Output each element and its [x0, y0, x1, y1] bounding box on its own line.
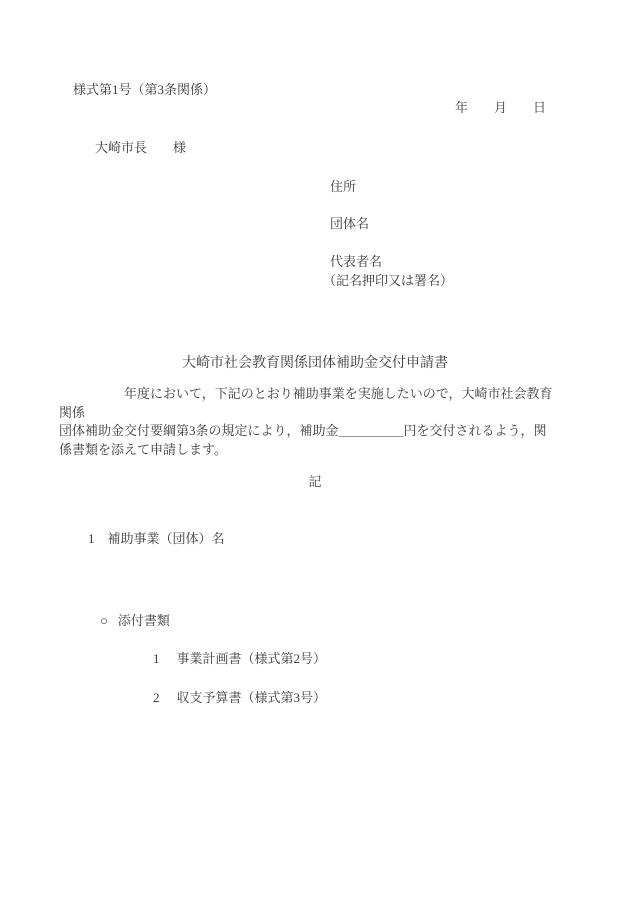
organization-label: 団体名	[330, 216, 369, 233]
date-line: 年 月 日	[455, 100, 546, 117]
body-paragraph: 年度において，下記のとおり補助事業を実施したいので，大崎市社会教育関係 団体補助…	[59, 385, 559, 459]
application-form-page: 様式第1号（第3条関係） 年 月 日 大崎市長 様 住所 団体名 代表者名 （記…	[0, 0, 630, 903]
representative-note: （記名押印又は署名）	[323, 273, 453, 290]
addressee: 大崎市長 様	[95, 140, 186, 157]
subsidy-item-number: 1	[88, 531, 95, 548]
attachments-heading: ○ 添付書類	[100, 613, 170, 630]
attachment-item-label: 収支予算書（様式第3号）	[177, 690, 327, 707]
representative-label: 代表者名	[330, 254, 382, 271]
attachment-item-number: 1	[153, 651, 160, 668]
attachment-item: 2 収支予算書（様式第3号）	[153, 690, 326, 707]
attachment-item: 1 事業計画書（様式第2号）	[153, 651, 326, 668]
subsidy-project-item: 1 補助事業（団体）名	[88, 531, 225, 548]
form-number: 様式第1号（第3条関係）	[73, 82, 216, 99]
document-title: 大崎市社会教育関係団体補助金交付申請書	[0, 355, 630, 373]
attachment-item-label: 事業計画書（様式第2号）	[177, 651, 327, 668]
subsidy-item-label: 補助事業（団体）名	[108, 531, 225, 548]
attachments-label: 添付書類	[118, 613, 170, 630]
record-marker: 記	[0, 474, 630, 491]
attachment-item-number: 2	[153, 690, 160, 707]
circle-marker-icon: ○	[100, 613, 108, 630]
address-label: 住所	[330, 179, 356, 196]
